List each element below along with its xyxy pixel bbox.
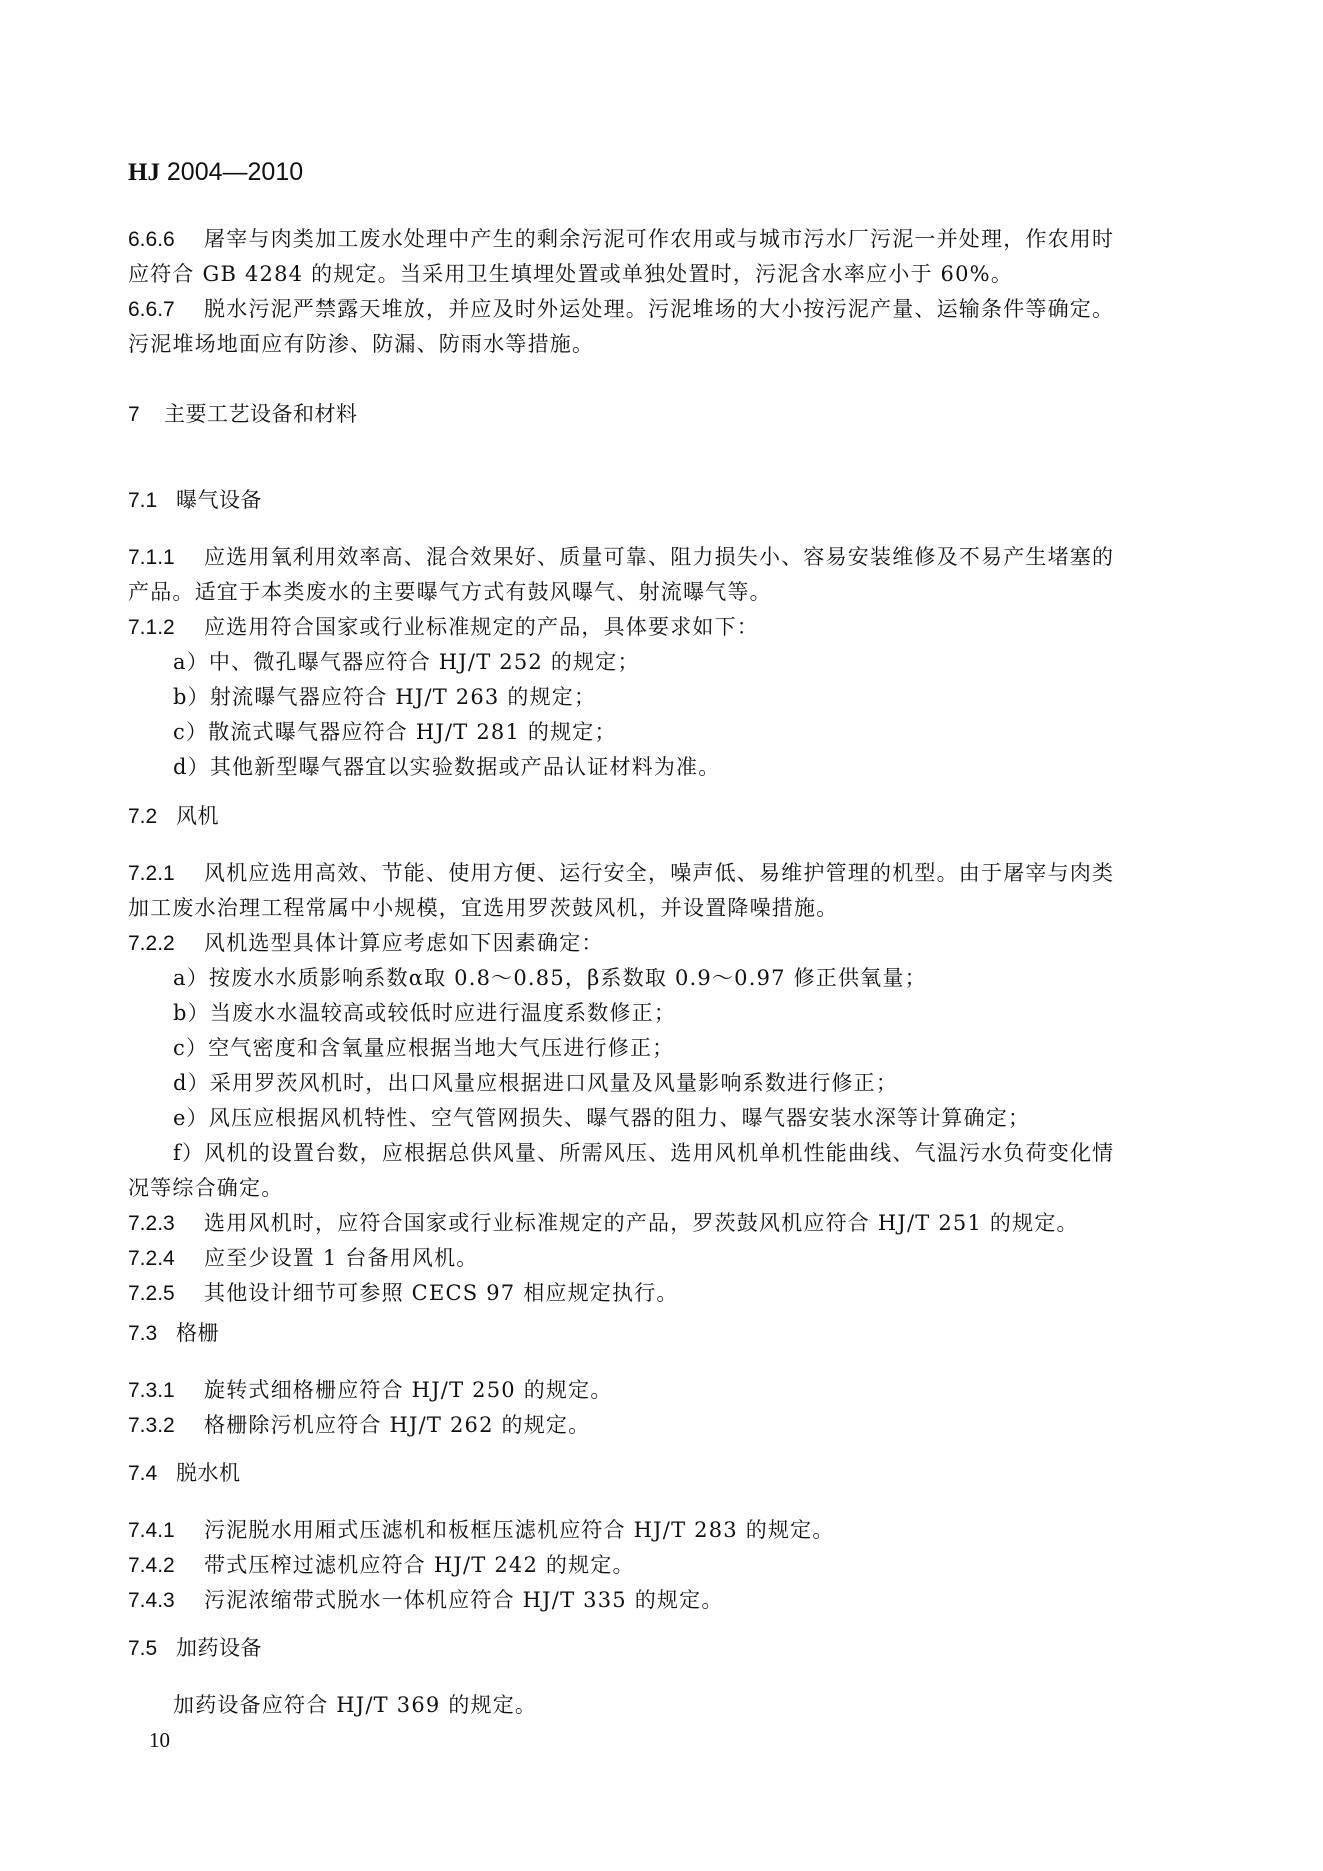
clause-7-3-1: 7.3.1旋转式细格栅应符合 HJ/T 250 的规定。	[128, 1373, 1173, 1408]
clause-7-4-3: 7.4.3污泥浓缩带式脱水一体机应符合 HJ/T 335 的规定。	[128, 1583, 1173, 1618]
chapter-heading-7: 7主要工艺设备和材料	[128, 397, 1173, 432]
clause-6-6-6: 6.6.6屠宰与肉类加工废水处理中产生的剩余污泥可作农用或与城市污水厂污泥一并处…	[128, 222, 1173, 292]
standard-header: HJ 2004—2010	[128, 158, 303, 187]
clause-7-4-1: 7.4.1污泥脱水用厢式压滤机和板框压滤机应符合 HJ/T 283 的规定。	[128, 1513, 1173, 1548]
clause-number: 7.2.5	[128, 1276, 204, 1311]
list-item: c）空气密度和含氧量应根据当地大气压进行修正；	[128, 1031, 1173, 1066]
section-number: 7.1	[128, 483, 176, 518]
section-title: 加药设备	[176, 1637, 262, 1660]
section-heading-7-4: 7.4脱水机	[128, 1456, 1173, 1491]
clause-number: 7.1.2	[128, 610, 204, 645]
clause-text: 其他设计细节可参照 CECS 97 相应规定执行。	[204, 1281, 679, 1305]
clause-7-2-1: 7.2.1风机应选用高效、节能、使用方便、运行安全，噪声低、易维护管理的机型。由…	[128, 856, 1173, 926]
clause-number: 6.6.6	[128, 222, 204, 257]
clause-text: 格栅除污机应符合 HJ/T 262 的规定。	[204, 1413, 590, 1437]
clause-number: 7.4.3	[128, 1583, 204, 1618]
clause-7-4-2: 7.4.2带式压榨过滤机应符合 HJ/T 242 的规定。	[128, 1548, 1173, 1583]
chapter-number: 7	[128, 397, 164, 432]
section-heading-7-1: 7.1曝气设备	[128, 483, 1173, 518]
list-item: c）散流式曝气器应符合 HJ/T 281 的规定；	[128, 715, 1173, 750]
clause-number: 7.4.2	[128, 1548, 204, 1583]
clause-text: 选用风机时，应符合国家或行业标准规定的产品，罗茨鼓风机应符合 HJ/T 251 …	[204, 1211, 1079, 1235]
clause-number: 7.4.1	[128, 1513, 204, 1548]
clause-number: 7.3.2	[128, 1408, 204, 1443]
clause-7-2-3: 7.2.3选用风机时，应符合国家或行业标准规定的产品，罗茨鼓风机应符合 HJ/T…	[128, 1206, 1173, 1241]
section-number: 7.5	[128, 1631, 176, 1666]
clause-number: 6.6.7	[128, 292, 204, 327]
clause-7-3-2: 7.3.2格栅除污机应符合 HJ/T 262 的规定。	[128, 1408, 1173, 1443]
list-item: a）中、微孔曝气器应符合 HJ/T 252 的规定；	[128, 645, 1173, 680]
list-item: d）采用罗茨风机时，出口风量应根据进口风量及风量影响系数进行修正；	[128, 1066, 1173, 1101]
page-number: 10	[149, 1728, 170, 1753]
clause-text: 带式压榨过滤机应符合 HJ/T 242 的规定。	[204, 1553, 635, 1577]
clause-text: 风机应选用高效、节能、使用方便、运行安全，噪声低、易维护管理的机型。由于屠宰与肉…	[204, 861, 1114, 885]
list-item: e）风压应根据风机特性、空气管网损失、曝气器的阻力、曝气器安装水深等计算确定；	[128, 1101, 1173, 1136]
clause-number: 7.2.4	[128, 1241, 204, 1276]
section-heading-7-5: 7.5加药设备	[128, 1631, 1173, 1666]
standard-number: 2004—2010	[167, 158, 303, 186]
list-item: b）射流曝气器应符合 HJ/T 263 的规定；	[128, 680, 1173, 715]
section-title: 脱水机	[176, 1462, 241, 1485]
clause-number: 7.2.1	[128, 856, 204, 891]
clause-text: 加工废水治理工程常属中小规模，宜选用罗茨鼓风机，并设置降噪措施。	[128, 891, 1173, 926]
section-title: 风机	[176, 805, 219, 828]
chapter-title: 主要工艺设备和材料	[164, 403, 358, 426]
clause-text: 应至少设置 1 台备用风机。	[204, 1246, 479, 1270]
section-number: 7.3	[128, 1316, 176, 1351]
clause-6-6-7: 6.6.7脱水污泥严禁露天堆放，并应及时外运处理。污泥堆场的大小按污泥产量、运输…	[128, 292, 1173, 362]
clause-text: 风机选型具体计算应考虑如下因素确定：	[204, 931, 604, 955]
list-item: a）按废水水质影响系数α取 0.8～0.85，β系数取 0.9～0.97 修正供…	[128, 961, 1173, 996]
clause-text: 污泥浓缩带式脱水一体机应符合 HJ/T 335 的规定。	[204, 1588, 724, 1612]
clause-text: 污泥脱水用厢式压滤机和板框压滤机应符合 HJ/T 283 的规定。	[204, 1518, 835, 1542]
clause-text: 加药设备应符合 HJ/T 369 的规定。	[128, 1688, 1173, 1723]
standard-code: HJ	[128, 159, 160, 186]
list-item: f）风机的设置台数，应根据总供风量、所需风压、选用风机单机性能曲线、气温污水负荷…	[128, 1136, 1173, 1171]
clause-7-2-4: 7.2.4应至少设置 1 台备用风机。	[128, 1241, 1173, 1276]
list-item: b）当废水水温较高或较低时应进行温度系数修正；	[128, 996, 1173, 1031]
section-title: 曝气设备	[176, 489, 262, 512]
section-title: 格栅	[176, 1322, 219, 1345]
list-item: d）其他新型曝气器宜以实验数据或产品认证材料为准。	[128, 750, 1173, 785]
clause-text: 脱水污泥严禁露天堆放，并应及时外运处理。污泥堆场的大小按污泥产量、运输条件等确定…	[204, 297, 1114, 321]
clause-text: 应选用氧利用效率高、混合效果好、质量可靠、阻力损失小、容易安装维修及不易产生堵塞…	[204, 545, 1114, 569]
clause-text: 污泥堆场地面应有防渗、防漏、防雨水等措施。	[128, 327, 1173, 362]
clause-7-1-1: 7.1.1应选用氧利用效率高、混合效果好、质量可靠、阻力损失小、容易安装维修及不…	[128, 540, 1173, 610]
clause-number: 7.2.3	[128, 1206, 204, 1241]
clause-text: 屠宰与肉类加工废水处理中产生的剩余污泥可作农用或与城市污水厂污泥一并处理，作农用…	[204, 227, 1114, 251]
document-page: HJ 2004—2010 6.6.6屠宰与肉类加工废水处理中产生的剩余污泥可作农…	[0, 0, 1323, 1871]
clause-number: 7.1.1	[128, 540, 204, 575]
clause-7-1-2: 7.1.2应选用符合国家或行业标准规定的产品，具体要求如下： a）中、微孔曝气器…	[128, 610, 1173, 785]
clause-7-2-2: 7.2.2风机选型具体计算应考虑如下因素确定： a）按废水水质影响系数α取 0.…	[128, 926, 1173, 1206]
clause-7-2-5: 7.2.5其他设计细节可参照 CECS 97 相应规定执行。	[128, 1276, 1173, 1311]
section-number: 7.4	[128, 1456, 176, 1491]
section-heading-7-3: 7.3格栅	[128, 1316, 1173, 1351]
clause-number: 7.2.2	[128, 926, 204, 961]
section-heading-7-2: 7.2风机	[128, 799, 1173, 834]
section-number: 7.2	[128, 799, 176, 834]
clause-text: 旋转式细格栅应符合 HJ/T 250 的规定。	[204, 1378, 613, 1402]
clause-text: 应符合 GB 4284 的规定。当采用卫生填埋处置或单独处置时，污泥含水率应小于…	[128, 257, 1173, 292]
list-item-continuation: 况等综合确定。	[128, 1171, 1173, 1206]
clause-text: 应选用符合国家或行业标准规定的产品，具体要求如下：	[204, 615, 759, 639]
clause-number: 7.3.1	[128, 1373, 204, 1408]
clause-7-5-body: 加药设备应符合 HJ/T 369 的规定。	[128, 1688, 1173, 1723]
clause-text: 产品。适宜于本类废水的主要曝气方式有鼓风曝气、射流曝气等。	[128, 575, 1173, 610]
